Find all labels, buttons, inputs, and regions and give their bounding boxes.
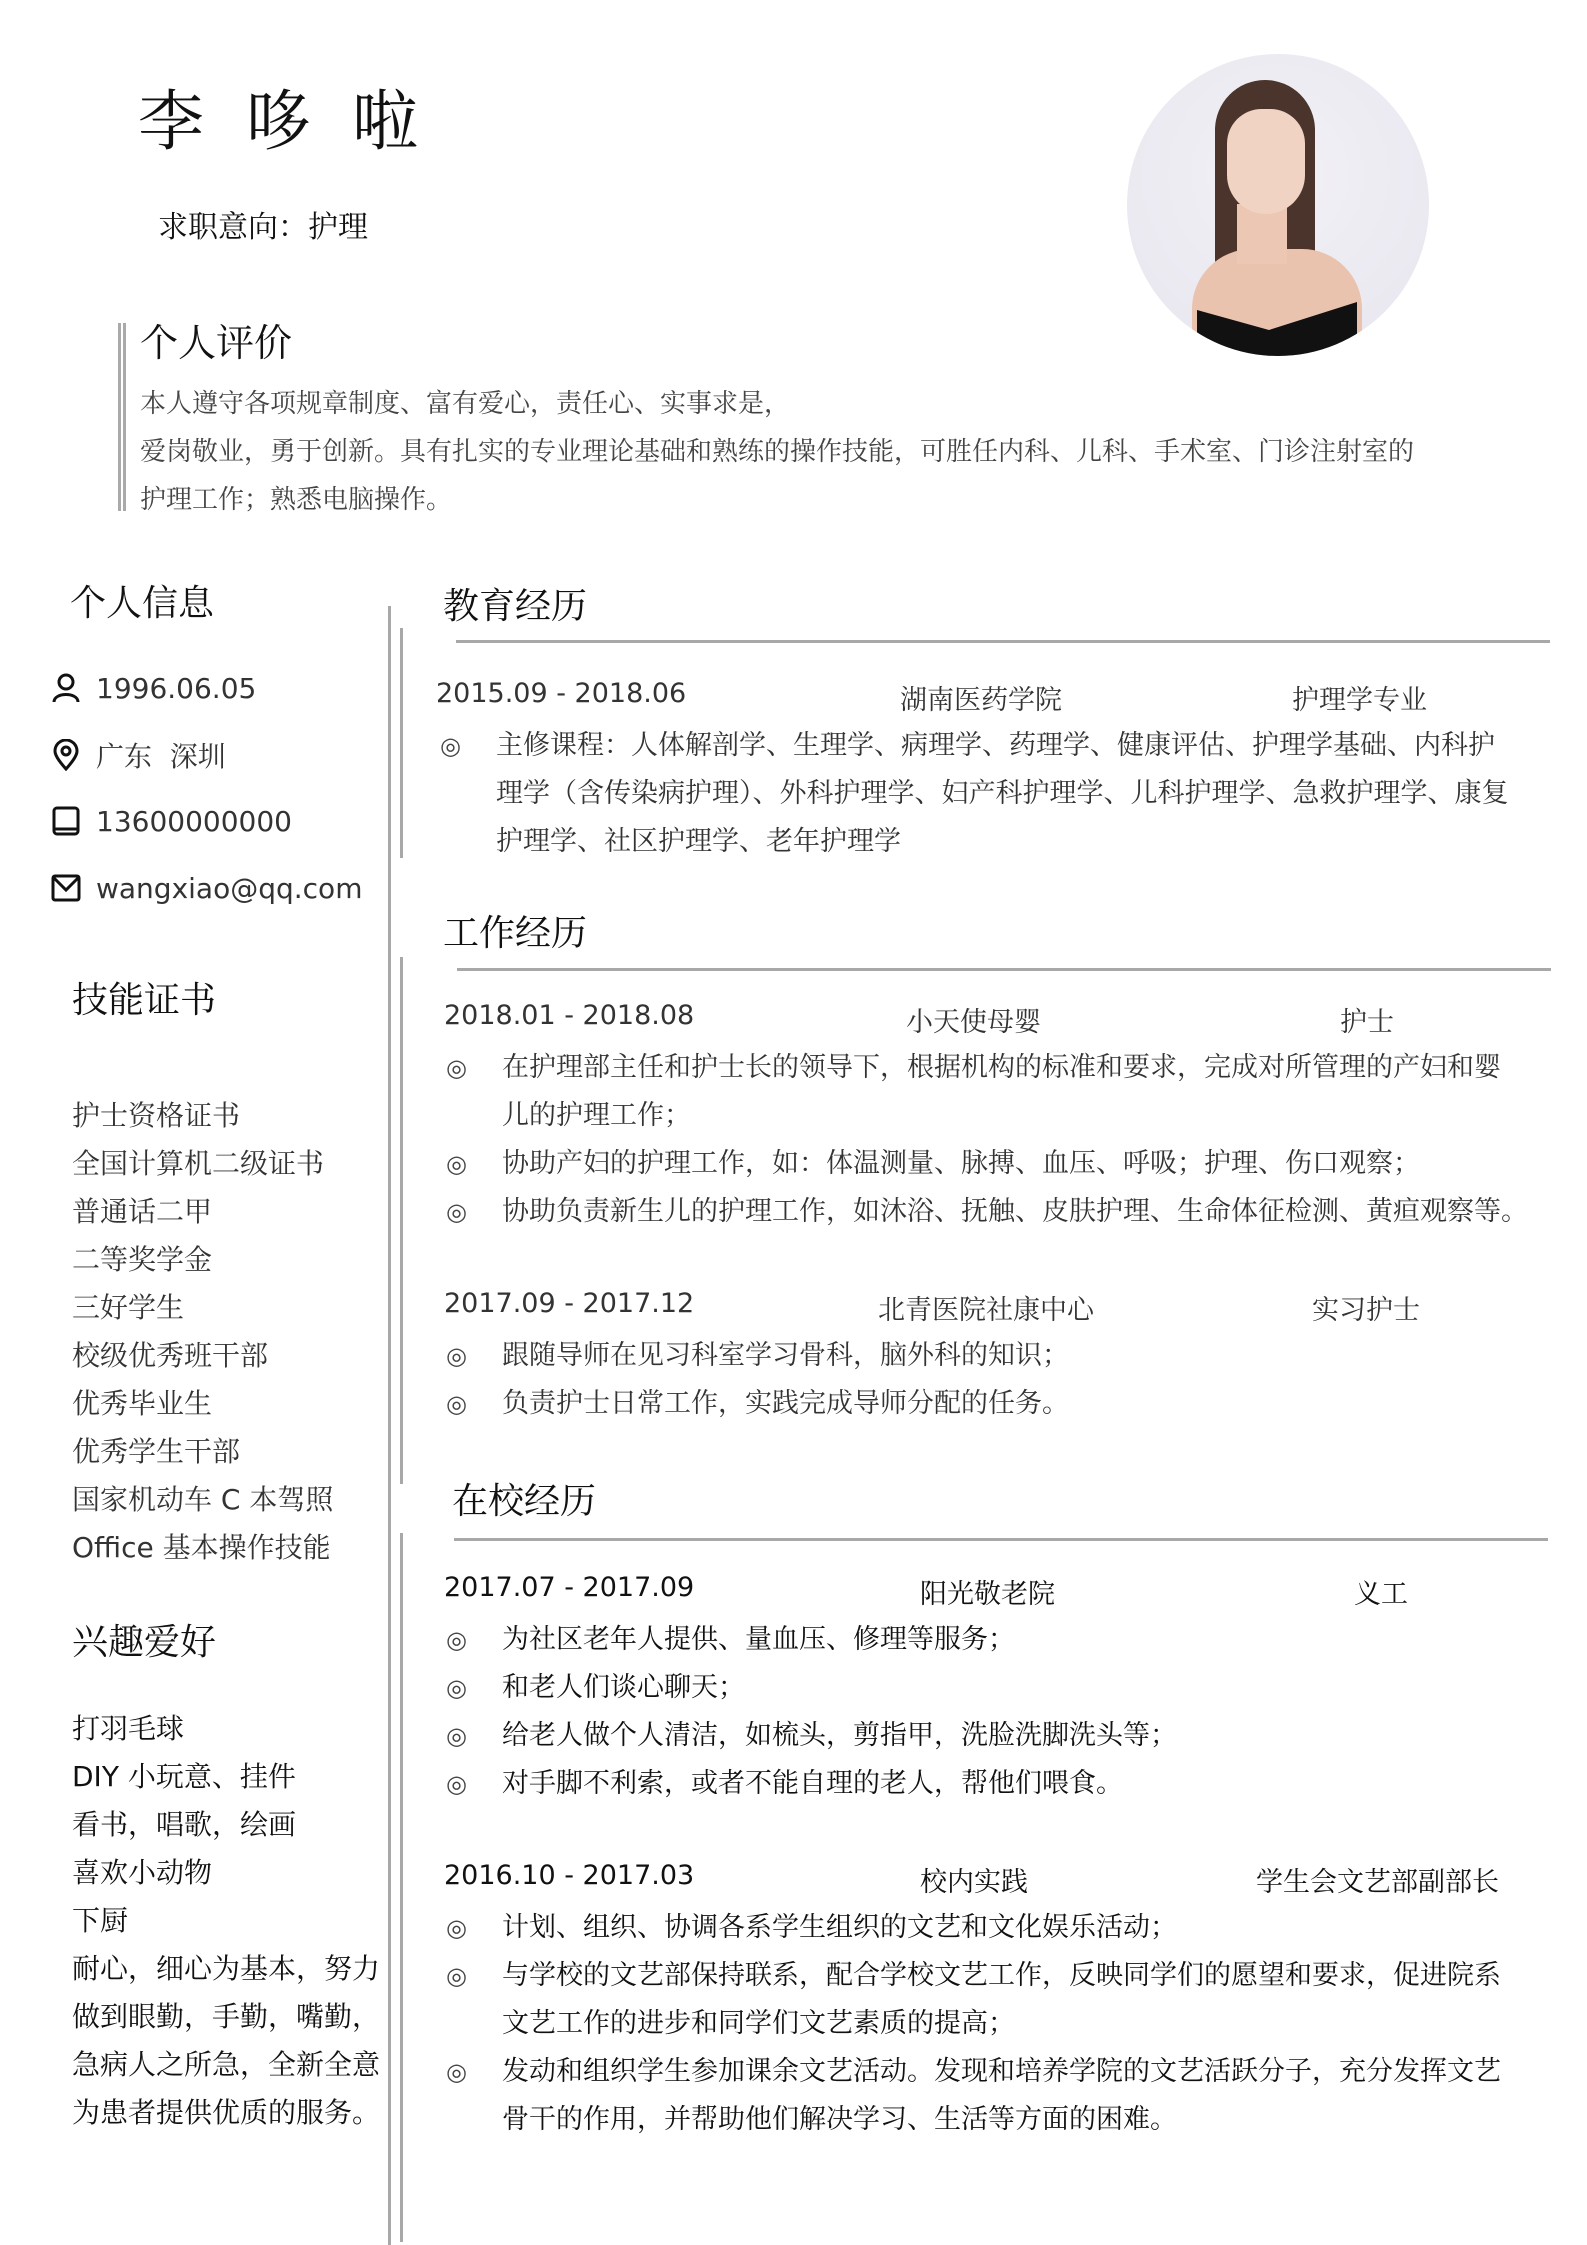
skill-item: 校级优秀班干部 <box>72 1332 333 1380</box>
skill-item: 全国计算机二级证书 <box>72 1140 333 1188</box>
skill-item: 三好学生 <box>72 1284 333 1332</box>
skill-item: Office 基本操作技能 <box>72 1524 333 1572</box>
entry-org: 北青医院社康中心 <box>878 1288 1094 1327</box>
bullet-item: ◎ 计划、组织、协调各系学生组织的文艺和文化娱乐活动； <box>446 1904 1566 1952</box>
birthdate-value: 1996.06.05 <box>96 672 256 705</box>
entry-period: 2017.09 - 2017.12 <box>444 1288 694 1319</box>
section-rule <box>456 640 1550 643</box>
bullet-ring-icon: ◎ <box>446 1332 467 1380</box>
bullet-ring-icon: ◎ <box>446 1188 467 1236</box>
section-title-personal-info: 个人信息 <box>70 575 214 626</box>
hobbies-list: 打羽毛球 DIY 小玩意、挂件 看书，唱歌，绘画 喜欢小动物 下厨 耐心，细心为… <box>72 1705 380 2137</box>
bullet-item: ◎ 和老人们谈心聊天； <box>446 1664 1566 1712</box>
skill-item: 优秀毕业生 <box>72 1380 333 1428</box>
hobby-item: DIY 小玩意、挂件 <box>72 1753 380 1801</box>
bullet-ring-icon: ◎ <box>446 1616 467 1664</box>
hobby-item: 耐心，细心为基本，努力 <box>72 1945 380 1993</box>
work-entry-header: 2017.09 - 2017.12 北青医院社康中心 实习护士 <box>444 1288 1564 1324</box>
entry-role: 实习护士 <box>1312 1288 1420 1327</box>
location-value: 广东 深圳 <box>96 735 226 775</box>
skill-item: 二等奖学金 <box>72 1236 333 1284</box>
email-value: wangxiao@qq.com <box>96 872 362 905</box>
mail-icon <box>50 872 82 904</box>
entry-role: 义工 <box>1354 1572 1408 1611</box>
work-bullets: ◎ 跟随导师在见习科室学习骨科，脑外科的知识； ◎ 负责护士日常工作，实践完成导… <box>446 1332 1566 1428</box>
column-divider-segment <box>400 628 403 858</box>
entry-period: 2018.01 - 2018.08 <box>444 1000 694 1031</box>
self-evaluation-text: 本人遵守各项规章制度、富有爱心，责任心、实事求是， 爱岗敬业，勇于创新。具有扎实… <box>140 380 1560 524</box>
section-title-campus: 在校经历 <box>452 1473 596 1524</box>
skill-item: 优秀学生干部 <box>72 1428 333 1476</box>
location-pin-icon <box>50 739 82 771</box>
work-bullets: ◎ 在护理部主任和护士长的领导下，根据机构的标准和要求，完成对所管理的产妇和婴 … <box>446 1044 1566 1236</box>
eval-line: 护理工作；熟悉电脑操作。 <box>140 476 1560 524</box>
bullet-ring-icon: ◎ <box>446 1952 467 2000</box>
job-intent-value: 护理 <box>308 210 368 245</box>
hobby-item: 急病人之所急，全新全意 <box>72 2041 380 2089</box>
info-phone: 13600000000 <box>50 801 292 841</box>
eval-line: 爱岗敬业，勇于创新。具有扎实的专业理论基础和熟练的操作技能，可胜任内科、儿科、手… <box>140 428 1560 476</box>
education-bullets: ◎ 主修课程：人体解剖学、生理学、病理学、药理学、健康评估、护理学基础、内科护 … <box>440 722 1560 866</box>
skills-list: 护士资格证书 全国计算机二级证书 普通话二甲 二等奖学金 三好学生 校级优秀班干… <box>72 1092 333 1572</box>
bullet-item: ◎ 与学校的文艺部保持联系，配合学校文艺工作，反映同学们的愿望和要求，促进院系 … <box>446 1952 1566 2048</box>
section-title-skills: 技能证书 <box>72 972 216 1023</box>
bullet-item: ◎ 给老人做个人清洁，如梳头，剪指甲，洗脸洗脚洗头等； <box>446 1712 1566 1760</box>
section-rule <box>457 968 1551 971</box>
entry-org: 校内实践 <box>920 1860 1028 1899</box>
phone-icon <box>50 805 82 837</box>
bullet-ring-icon: ◎ <box>446 1904 467 1952</box>
entry-role: 学生会文艺部副部长 <box>1256 1860 1499 1899</box>
work-entry-header: 2018.01 - 2018.08 小天使母婴 护士 <box>444 1000 1564 1036</box>
info-email: wangxiao@qq.com <box>50 868 362 908</box>
section-title-self-evaluation: 个人评价 <box>140 312 292 367</box>
bullet-item: ◎ 跟随导师在见习科室学习骨科，脑外科的知识； <box>446 1332 1566 1380</box>
hobby-item: 看书，唱歌，绘画 <box>72 1801 380 1849</box>
hobby-item: 做到眼勤，手勤，嘴勤， <box>72 1993 380 2041</box>
entry-period: 2016.10 - 2017.03 <box>444 1860 694 1891</box>
skill-item: 普通话二甲 <box>72 1188 333 1236</box>
section-rule <box>454 1538 1548 1541</box>
bullet-ring-icon: ◎ <box>446 1044 467 1092</box>
bullet-item: ◎ 协助产妇的护理工作，如：体温测量、脉搏、血压、呼吸；护理、伤口观察； <box>446 1140 1566 1188</box>
education-entry-header: 2015.09 - 2018.06 湖南医药学院 护理学专业 <box>436 678 1556 714</box>
phone-value: 13600000000 <box>96 805 292 838</box>
column-divider <box>388 606 391 2245</box>
bullet-item: ◎ 主修课程：人体解剖学、生理学、病理学、药理学、健康评估、护理学基础、内科护 … <box>440 722 1560 866</box>
bullet-ring-icon: ◎ <box>446 2048 467 2096</box>
bullet-ring-icon: ◎ <box>446 1380 467 1428</box>
campus-bullets: ◎ 为社区老年人提供、量血压、修理等服务； ◎ 和老人们谈心聊天； ◎ 给老人做… <box>446 1616 1566 1808</box>
bullet-item: ◎ 为社区老年人提供、量血压、修理等服务； <box>446 1616 1566 1664</box>
eval-line: 本人遵守各项规章制度、富有爱心，责任心、实事求是， <box>140 380 1560 428</box>
campus-entry-header: 2016.10 - 2017.03 校内实践 学生会文艺部副部长 <box>444 1860 1564 1896</box>
hobby-item: 下厨 <box>72 1897 380 1945</box>
skill-item: 护士资格证书 <box>72 1092 333 1140</box>
entry-org: 湖南医药学院 <box>900 678 1062 717</box>
campus-entry-header: 2017.07 - 2017.09 阳光敬老院 义工 <box>444 1572 1564 1608</box>
bullet-item: ◎ 对手脚不利索，或者不能自理的老人，帮他们喂食。 <box>446 1760 1566 1808</box>
info-birthdate: 1996.06.05 <box>50 668 256 708</box>
entry-role: 护理学专业 <box>1292 678 1427 717</box>
section-title-hobbies: 兴趣爱好 <box>72 1614 216 1665</box>
eval-accent-bar <box>118 323 121 511</box>
profile-photo <box>1127 54 1429 356</box>
candidate-name: 李 哆 啦 <box>138 82 428 162</box>
bullet-ring-icon: ◎ <box>446 1664 467 1712</box>
entry-period: 2017.07 - 2017.09 <box>444 1572 694 1603</box>
person-icon <box>50 672 82 704</box>
bullet-item: ◎ 负责护士日常工作，实践完成导师分配的任务。 <box>446 1380 1566 1428</box>
bullet-ring-icon: ◎ <box>446 1140 467 1188</box>
bullet-item: ◎ 发动和组织学生参加课余文艺活动。发现和培养学院的文艺活跃分子，充分发挥文艺 … <box>446 2048 1566 2144</box>
hobby-item: 打羽毛球 <box>72 1705 380 1753</box>
job-intent: 求职意向：护理 <box>158 202 368 246</box>
skill-item: 国家机动车 C 本驾照 <box>72 1476 333 1524</box>
bullet-item: ◎ 协助负责新生儿的护理工作，如沐浴、抚触、皮肤护理、生命体征检测、黄疸观察等。 <box>446 1188 1566 1236</box>
campus-bullets: ◎ 计划、组织、协调各系学生组织的文艺和文化娱乐活动； ◎ 与学校的文艺部保持联… <box>446 1904 1566 2144</box>
hobby-item: 喜欢小动物 <box>72 1849 380 1897</box>
section-title-work: 工作经历 <box>443 905 587 956</box>
entry-role: 护士 <box>1340 1000 1394 1039</box>
info-location: 广东 深圳 <box>50 735 226 775</box>
column-divider-segment <box>400 1533 403 2242</box>
section-title-education: 教育经历 <box>443 578 587 629</box>
bullet-ring-icon: ◎ <box>446 1760 467 1808</box>
eval-accent-bar <box>123 323 126 511</box>
hobby-item: 为患者提供优质的服务。 <box>72 2089 380 2137</box>
job-intent-label: 求职意向： <box>158 210 308 245</box>
entry-org: 阳光敬老院 <box>920 1572 1055 1611</box>
bullet-item: ◎ 在护理部主任和护士长的领导下，根据机构的标准和要求，完成对所管理的产妇和婴 … <box>446 1044 1566 1140</box>
column-divider-segment <box>400 957 403 1484</box>
bullet-ring-icon: ◎ <box>446 1712 467 1760</box>
bullet-ring-icon: ◎ <box>440 722 461 770</box>
entry-period: 2015.09 - 2018.06 <box>436 678 686 709</box>
entry-org: 小天使母婴 <box>906 1000 1041 1039</box>
